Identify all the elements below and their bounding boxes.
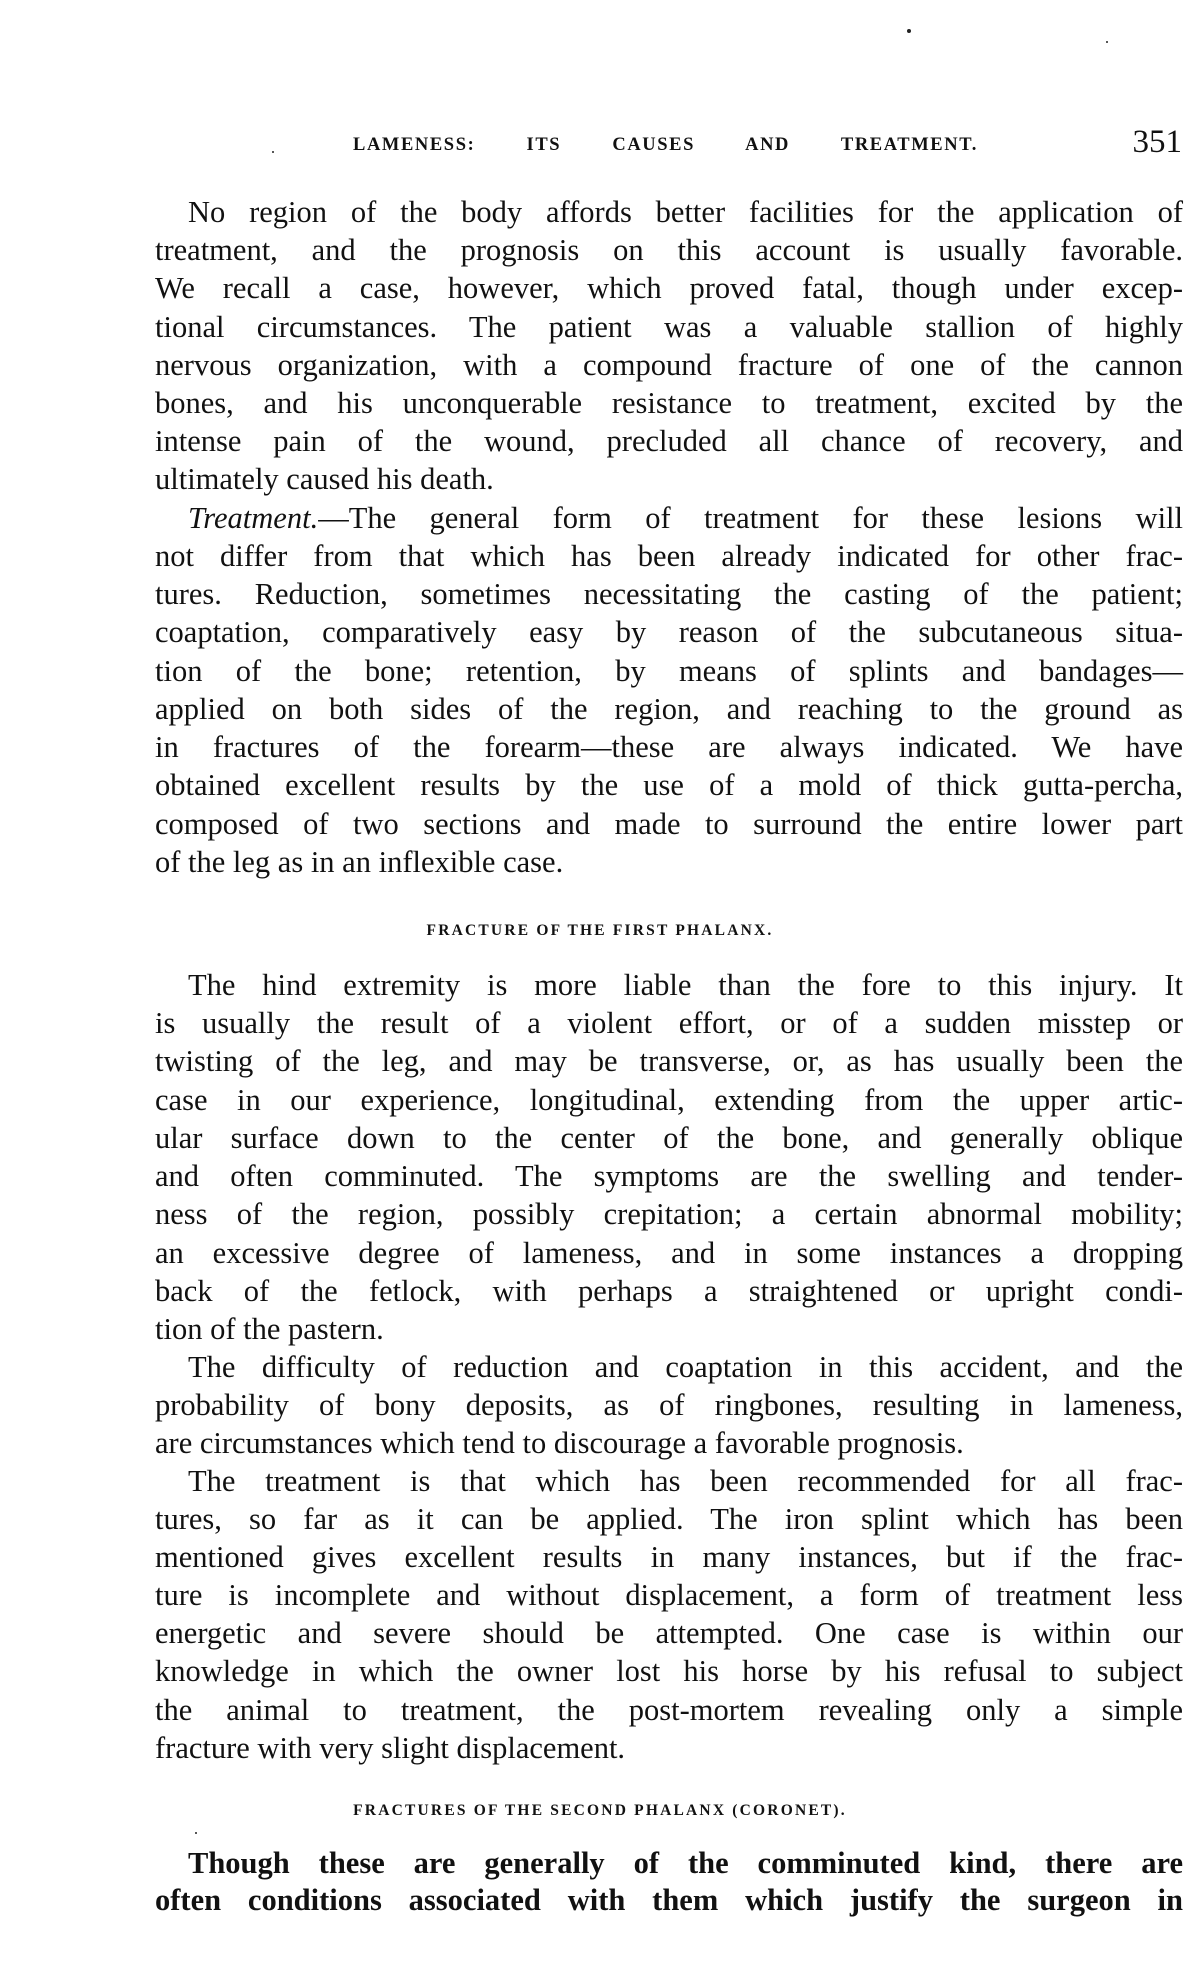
text-line: energetic and severe should be attempted… [155,1614,1183,1652]
text-line: obtained excellent results by the use of… [155,766,1183,804]
text-line: is usually the result of a violent effor… [155,1004,1183,1042]
text-line: ular surface down to the center of the b… [155,1119,1183,1157]
text-line: Though these are generally of the commin… [188,1844,1183,1882]
text-line: tional circumstances. The patient was a … [155,308,1183,346]
text-line: ture is incomplete and without displacem… [155,1576,1183,1614]
print-speck [195,1832,197,1834]
print-speck [1106,41,1108,43]
section-heading: FRACTURE OF THE FIRST PHALANX. [0,921,1200,941]
text-line: treatment, and the prognosis on this acc… [155,231,1183,269]
text-line-rest: —The general form of treatment for these… [318,501,1183,535]
text-line: knowledge in which the owner lost his ho… [155,1652,1183,1690]
text-line-treatment: Treatment.—The general form of treatment… [188,499,1183,537]
text-line: and often comminuted. The symptoms are t… [155,1157,1183,1195]
text-line: intense pain of the wound, precluded all… [155,422,1183,460]
text-line: are circumstances which tend to discoura… [155,1424,1183,1462]
text-line: No region of the body affords better fac… [188,193,1183,231]
text-line: ness of the region, possibly crepitation… [155,1195,1183,1233]
print-speck [907,29,911,33]
italic-lead: Treatment. [188,501,318,535]
page-number: 351 [1120,124,1182,160]
text-line: tion of the bone; retention, by means of… [155,652,1183,690]
text-line: coaptation, comparatively easy by reason… [155,613,1183,651]
print-speck [272,151,274,153]
text-line: the animal to treatment, the post-mortem… [155,1691,1183,1729]
text-line: not differ from that which has been alre… [155,537,1183,575]
text-line: ultimately caused his death. [155,460,1183,498]
text-line: The hind extremity is more liable than t… [188,966,1183,1004]
text-line: The difficulty of reduction and coaptati… [188,1348,1183,1386]
text-line: tures, so far as it can be applied. The … [155,1500,1183,1538]
text-line: an excessive degree of lameness, and in … [155,1234,1183,1272]
text-line: composed of two sections and made to sur… [155,805,1183,843]
text-line: We recall a case, however, which proved … [155,269,1183,307]
text-line: mentioned gives excellent results in man… [155,1538,1183,1576]
text-line: nervous organization, with a compound fr… [155,346,1183,384]
running-title: LAMENESS: ITS CAUSES AND TREATMENT. [353,134,978,156]
text-line: in fractures of the forearm—these are al… [155,728,1183,766]
text-line: probability of bony deposits, as of ring… [155,1386,1183,1424]
text-line: often conditions associated with them wh… [155,1881,1183,1919]
text-line: fracture with very slight displacement. [155,1729,1183,1767]
text-line: case in our experience, longitudinal, ex… [155,1081,1183,1119]
section-heading: FRACTURES OF THE SECOND PHALANX (CORONET… [0,1801,1200,1821]
text-line: twisting of the leg, and may be transver… [155,1042,1183,1080]
text-line: The treatment is that which has been rec… [188,1462,1183,1500]
text-line: tion of the pastern. [155,1310,1183,1348]
text-line: bones, and his unconquerable resistance … [155,384,1183,422]
text-line: tures. Reduction, sometimes necessitatin… [155,575,1183,613]
text-line: back of the fetlock, with perhaps a stra… [155,1272,1183,1310]
text-line: applied on both sides of the region, and… [155,690,1183,728]
text-line: of the leg as in an inflexible case. [155,843,1183,881]
